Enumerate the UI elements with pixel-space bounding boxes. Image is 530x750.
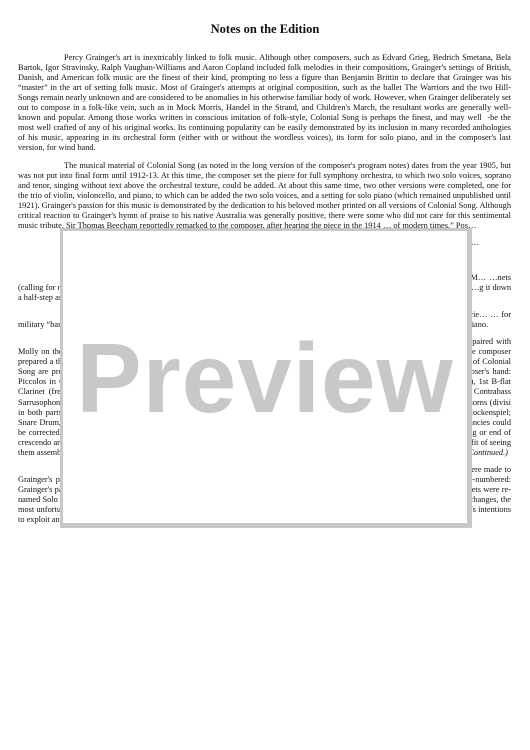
preview-watermark-label: Preview <box>63 329 467 427</box>
paragraph-2: The musical material of Colonial Song (a… <box>18 161 511 231</box>
preview-watermark-overlay: Preview <box>60 228 472 528</box>
paragraph-1: Percy Grainger's art is inextricably lin… <box>18 53 511 153</box>
document-page: Notes on the Edition Percy Grainger's ar… <box>0 0 530 750</box>
page-title: Notes on the Edition <box>0 22 530 37</box>
